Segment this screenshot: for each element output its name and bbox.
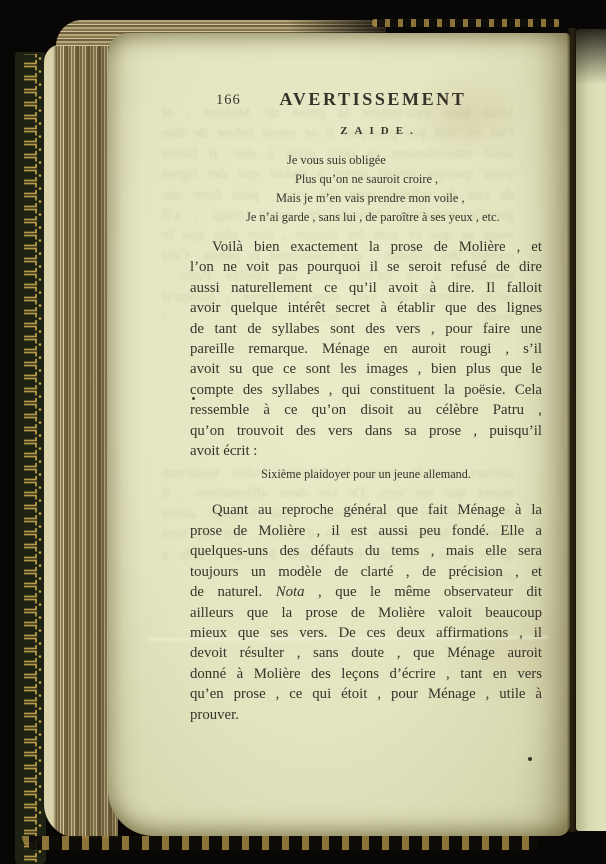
nota-pre: de naturel. <box>190 584 276 600</box>
text-line: pareille remarque. Ménage en auroit roug… <box>190 339 542 359</box>
ink-speck <box>528 757 532 761</box>
paragraph-one: Voilà bien exactement la prose de Molièr… <box>190 237 542 461</box>
page-number: 166 <box>216 92 241 109</box>
verse-line: Mais je m’en vais prendre mon voile , <box>276 189 542 208</box>
nota-post: , que le même observateur dit <box>305 584 542 600</box>
text-line: qu’en prose , ce qui étoit , pour Ménage… <box>190 684 542 704</box>
text-line: ailleurs que la prose de Molière valoit … <box>190 603 542 623</box>
book-cover-spine-edge <box>15 52 46 864</box>
text-line: mieux que ses vers. De ces deux affirmat… <box>190 623 542 643</box>
nota-line: de naturel. Nota , que le même observate… <box>190 582 542 602</box>
printed-text-block: 166 AVERTISSEMENT ZAIDE. Je vous suis ob… <box>190 89 542 725</box>
text-line: prouver. <box>190 705 542 725</box>
page-header: 166 AVERTISSEMENT <box>190 89 542 111</box>
text-line: quelques-uns des défauts du tems , mais … <box>190 541 542 561</box>
text-line: de tant de syllabes sont des vers , pour… <box>190 319 542 339</box>
gold-tooling-pattern-icon <box>15 52 46 864</box>
text-line: ressemble à ce qu’on disoit au célèbre P… <box>190 400 542 420</box>
text-line: avoit écrit : <box>190 441 542 461</box>
text-line: avoit su que ce sont les images , bien p… <box>190 359 542 379</box>
section-title: ZAIDE. <box>204 125 556 137</box>
gold-edge-band-bottom <box>22 836 538 850</box>
book-photograph: Voilà bien exactement la prose de Molièr… <box>0 0 606 864</box>
text-line: toujours un modèle de clarté , de précis… <box>190 562 542 582</box>
gold-edge-band-top <box>372 19 560 27</box>
stacked-page-edges-left <box>44 44 118 838</box>
paragraph-two-lines-a: Quant au reproche général que fait Ménag… <box>190 500 542 582</box>
facing-page-sliver <box>576 29 606 831</box>
paragraph-two: Quant au reproche général que fait Ménag… <box>190 500 542 724</box>
text-line: prose de Molière , il est aussi peu fond… <box>190 521 542 541</box>
text-line: Voilà bien exactement la prose de Molièr… <box>190 237 542 257</box>
text-line: Quant au reproche général que fait Ménag… <box>190 500 542 520</box>
facing-page-top-shadow <box>576 29 606 85</box>
quote-caption: Sixième plaidoyer pour un jeune allemand… <box>190 467 542 482</box>
running-title: AVERTISSEMENT <box>266 89 467 110</box>
text-line: avoir quelque intérêt secret à établir q… <box>190 298 542 318</box>
nota-italic-word: Nota <box>276 584 305 600</box>
text-line: aussi naturellement ce qu’il avoit à dir… <box>190 278 542 298</box>
verse-line: Je vous suis obligée <box>287 151 542 170</box>
book-page: Voilà bien exactement la prose de Molièr… <box>108 33 570 836</box>
text-line: devoit résulter , sans doute , que Ménag… <box>190 643 542 663</box>
verse-line: Je n’ai garde , sans lui , de paroître à… <box>246 208 542 227</box>
text-line: l’on ne voit pas pourquoi il se seroit r… <box>190 257 542 277</box>
verse-line: Plus qu’on ne sauroit croire , <box>295 170 542 189</box>
gutter-crease <box>567 28 576 832</box>
paragraph-two-lines-b: ailleurs que la prose de Molière valoit … <box>190 603 542 725</box>
verse-quotation: Je vous suis obligée Plus qu’on ne sauro… <box>190 151 542 227</box>
text-line: qu’on trouvoit des vers dans sa prose , … <box>190 421 542 441</box>
text-line: compte des syllabes , qui constituent la… <box>190 380 542 400</box>
text-line: donné à Molière des leçons d’écrire , ta… <box>190 664 542 684</box>
